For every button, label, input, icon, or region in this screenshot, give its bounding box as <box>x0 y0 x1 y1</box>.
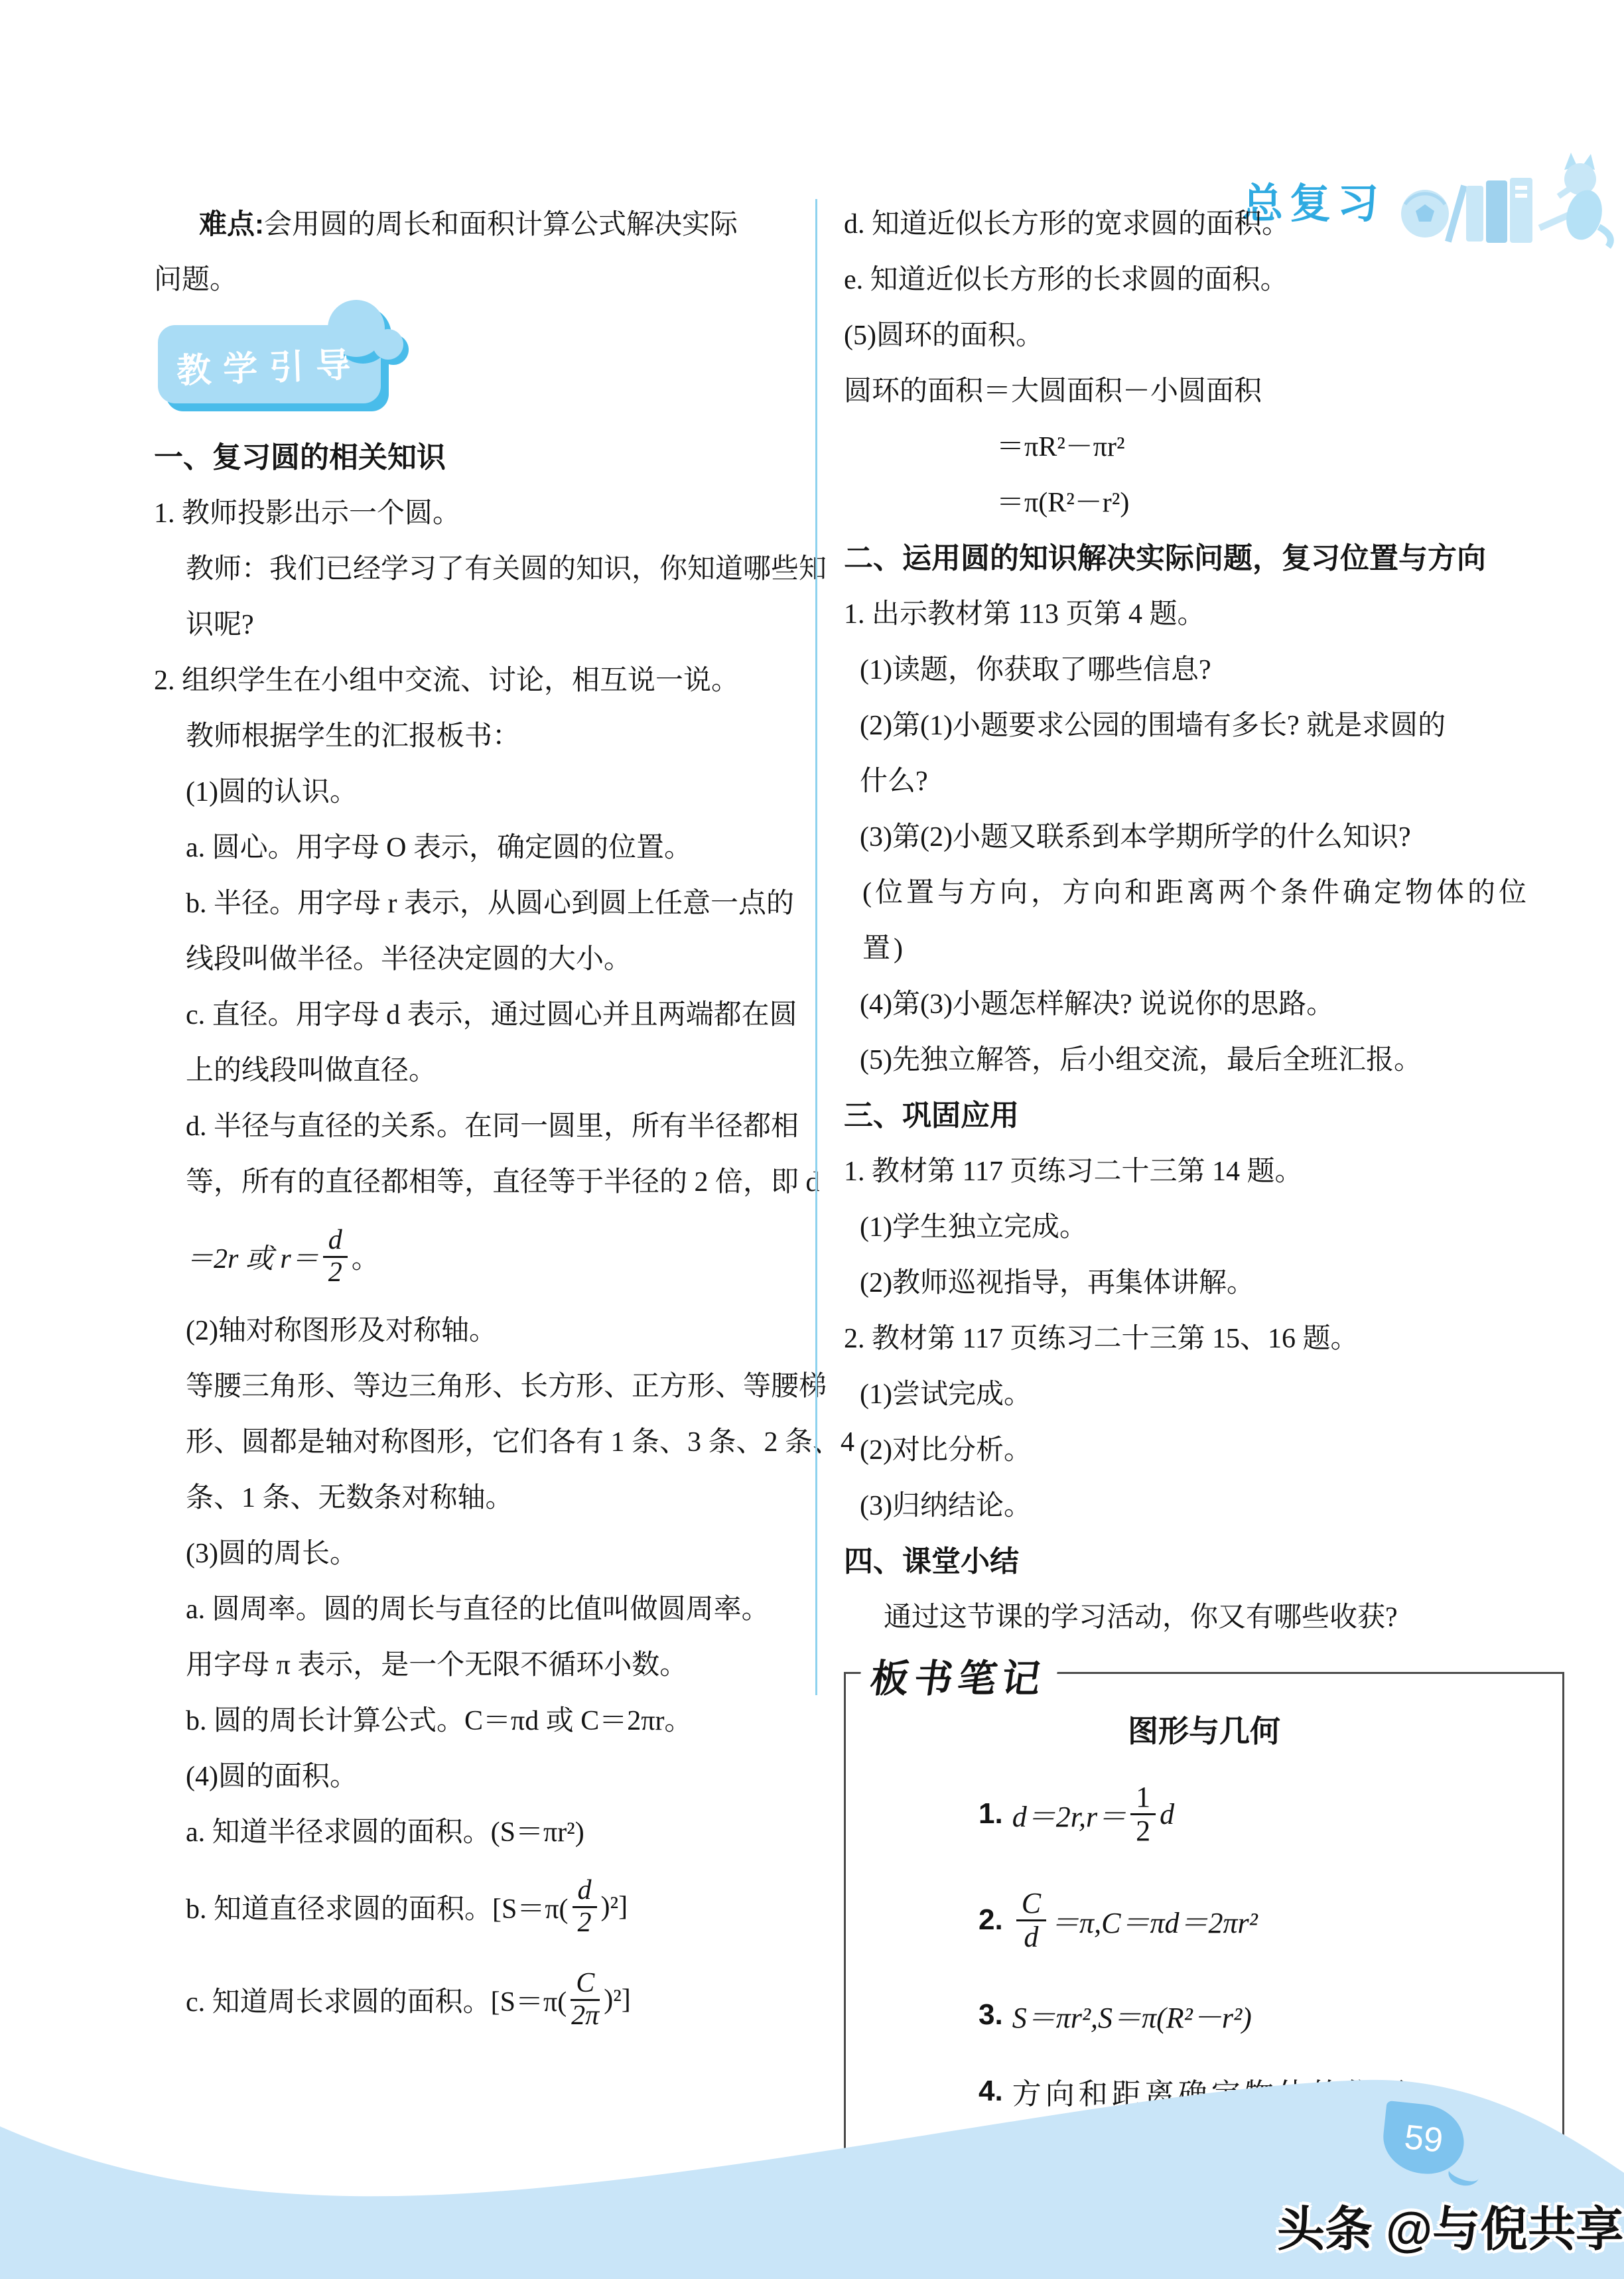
text-line: (5)圆环的面积。 <box>844 308 1564 364</box>
section-heading: 一、复习圆的相关知识 <box>154 430 817 486</box>
annotation-line: 置) <box>862 921 1564 977</box>
board-item: 1. d＝2r,r＝ 12 d <box>979 1764 1562 1864</box>
cat-mascot-icon <box>1557 153 1611 247</box>
badge-label: 教学引导 <box>157 321 382 407</box>
teaching-guide-badge: 教学引导 <box>158 325 381 403</box>
section-heading: 三、巩固应用 <box>844 1088 1564 1144</box>
text-line: b. 半径。用字母 r 表示，从圆心到圆上任意一点的 <box>186 876 817 932</box>
board-item-number: 1. <box>979 1797 1003 1830</box>
formula-line: ＝πR²－πr² <box>996 419 1564 475</box>
text-line: 1. 教师投影出示一个圆。 <box>154 486 817 541</box>
text-line: (2)教师巡视指导，再集体讲解。 <box>860 1255 1564 1311</box>
annotation-line: (位置与方向，方向和距离两个条件确定物体的位 <box>862 865 1564 921</box>
formula-text: d <box>1160 1797 1174 1831</box>
formula-text: )²] <box>601 1891 628 1923</box>
text-line: 通过这节课的学习活动，你又有哪些收获? <box>884 1590 1564 1645</box>
text-line: (2)第(1)小题要求公园的围墙有多长? 就是求圆的 <box>860 698 1564 754</box>
board-title: 图形与几何 <box>846 1698 1562 1764</box>
text-line: 等腰三角形、等边三角形、长方形、正方形、等腰梯 <box>186 1359 817 1415</box>
text-line: 圆环的面积＝大圆面积－小圆面积 <box>844 364 1564 419</box>
difficulty-text-wrap: 问题。 <box>154 252 817 308</box>
text-line: 等，所有的直径都相等，直径等于半径的 2 倍，即 d <box>186 1154 817 1210</box>
text-line: 识呢? <box>186 597 817 653</box>
board-label: 板书笔记 <box>856 1647 1061 1703</box>
text-line: (1)学生独立完成。 <box>860 1200 1564 1255</box>
text-line: (3)圆的周长。 <box>186 1526 817 1582</box>
difficulty-text: 会用圆的周长和面积计算公式解决实际 <box>264 210 738 240</box>
text-line: 教师：我们已经学习了有关圆的知识，你知道哪些知 <box>186 541 817 597</box>
text-line: 什么? <box>860 754 1564 809</box>
text-line: 形、圆都是轴对称图形，它们各有 1 条、3 条、2 条、4 <box>186 1415 817 1470</box>
text-line: a. 圆心。用字母 O 表示，确定圆的位置。 <box>186 820 817 876</box>
formula-line: ＝2r 或 r＝ d2 。 <box>186 1210 817 1303</box>
formula-line: ＝π(R²－r²) <box>996 475 1564 531</box>
text-line: 用字母 π 表示，是一个无限不循环小数。 <box>186 1637 817 1693</box>
fraction: C2π <box>571 1968 600 2031</box>
text-line: 1. 出示教材第 113 页第 4 题。 <box>844 587 1564 642</box>
text-line: 上的线段叫做直径。 <box>186 1043 817 1099</box>
board-item: 2. Cd ＝π,C＝πd＝2πr² <box>979 1864 1562 1976</box>
formula-text: ＝2r 或 r＝ <box>186 1237 319 1277</box>
formula-text: b. 知道直径求圆的面积。[S＝π( <box>186 1887 569 1927</box>
board-item-number: 2. <box>979 1903 1003 1937</box>
text-line: (5)先独立解答，后小组交流，最后全班汇报。 <box>860 1032 1564 1088</box>
column-divider <box>815 199 817 1695</box>
section-heading: 二、运用圆的知识解决实际问题，复习位置与方向 <box>844 531 1564 587</box>
text-line: (4)圆的面积。 <box>186 1749 817 1805</box>
board-item-number: 3. <box>979 1998 1003 2032</box>
formula-text: c. 知道周长求圆的面积。[S＝π( <box>186 1980 567 2020</box>
text-line: (3)第(2)小题又联系到本学期所学的什么知识? <box>860 809 1564 865</box>
text-line: e. 知道近似长方形的长求圆的面积。 <box>844 252 1564 308</box>
difficulty-label: 难点: <box>199 208 264 240</box>
right-column: d. 知道近似长方形的宽求圆的面积。 e. 知道近似长方形的长求圆的面积。 (5… <box>844 196 1564 2151</box>
fraction: 12 <box>1130 1781 1156 1846</box>
text-line: d. 知道近似长方形的宽求圆的面积。 <box>844 196 1564 252</box>
text-line: a. 圆周率。圆的周长与直径的比值叫做圆周率。 <box>186 1582 817 1637</box>
text-line: (1)读题，你获取了哪些信息? <box>860 642 1564 698</box>
text-line: (4)第(3)小题怎样解决? 说说你的思路。 <box>860 977 1564 1032</box>
text-line: (1)圆的认识。 <box>186 764 817 820</box>
text-line: 线段叫做半径。半径决定圆的大小。 <box>186 932 817 987</box>
text-line: (3)归纳结论。 <box>860 1478 1564 1534</box>
section-heading: 四、课堂小结 <box>844 1534 1564 1590</box>
text-line: (2)对比分析。 <box>860 1422 1564 1478</box>
formula-text: S＝πr²,S＝π(R²－r²) <box>1012 1994 1252 2036</box>
text-line: 教师根据学生的汇报板书： <box>186 709 817 764</box>
textbook-page: 总复习 <box>0 0 1624 2279</box>
text-line: 1. 教材第 117 页练习二十三第 14 题。 <box>844 1144 1564 1200</box>
fraction: Cd <box>1016 1888 1046 1953</box>
watermark-text: 头条 @与倪共享 <box>1277 2191 1623 2260</box>
fraction: d2 <box>323 1225 348 1288</box>
text-line: (1)尝试完成。 <box>860 1367 1564 1422</box>
formula-text: 。 <box>352 1237 379 1277</box>
difficulty-line: 难点:会用圆的周长和面积计算公式解决实际 <box>199 196 817 252</box>
text-line: a. 知道半径求圆的面积。(S＝πr²) <box>186 1805 817 1860</box>
text-line: 2. 教材第 117 页练习二十三第 15、16 题。 <box>844 1311 1564 1367</box>
text-line: 2. 组织学生在小组中交流、讨论，相互说一说。 <box>154 653 817 709</box>
board-item: 3. S＝πr²,S＝π(R²－r²) <box>979 1976 1562 2053</box>
text-line: c. 直径。用字母 d 表示，通过圆心并且两端都在圆 <box>186 987 817 1043</box>
formula-text: )²] <box>604 1984 631 2016</box>
fraction: d2 <box>573 1876 597 1938</box>
text-line: b. 圆的周长计算公式。C＝πd 或 C＝2πr。 <box>186 1693 817 1749</box>
formula-text: d＝2r,r＝ <box>1012 1793 1126 1835</box>
left-column: 难点:会用圆的周长和面积计算公式解决实际 问题。 教学引导 一、复习圆的相关知识… <box>154 196 817 2046</box>
formula-line: c. 知道周长求圆的面积。[S＝π( C2π )²] <box>186 1953 817 2046</box>
text-line: (2)轴对称图形及对称轴。 <box>186 1303 817 1359</box>
text-line: 条、1 条、无数条对称轴。 <box>186 1470 817 1526</box>
text-line: d. 半径与直径的关系。在同一圆里，所有半径都相 <box>186 1099 817 1154</box>
formula-line: b. 知道直径求圆的面积。[S＝π( d2 )²] <box>186 1860 817 1953</box>
formula-text: ＝π,C＝πd＝2πr² <box>1050 1899 1258 1941</box>
page-number: 59 <box>1402 2117 1445 2161</box>
